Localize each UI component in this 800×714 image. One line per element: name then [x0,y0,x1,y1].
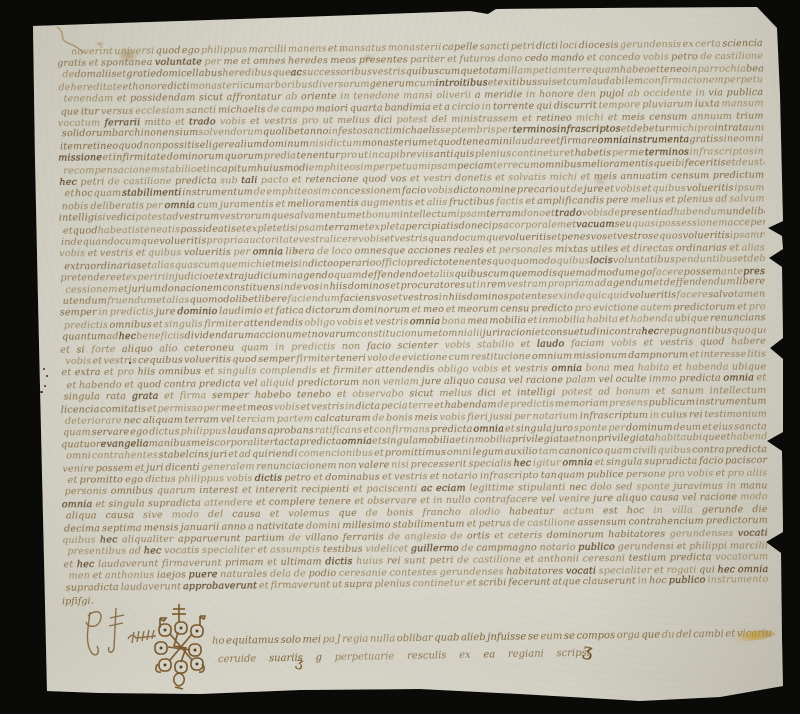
notarial-subscription-line: ceruidesuariisgperpetuarieresculisexeare… [218,648,590,665]
manuscript-text-block: noverintuniversiquodegophilippusmarcilii… [57,39,769,595]
ink-speck [44,385,46,387]
notarial-subscription-line: hoequitamussolomeipaJregianullaoblibarqu… [212,628,772,647]
notarial-signum [148,602,210,692]
parchment-sheet: noverintuniversiquodegophilippusmarcilii… [0,0,800,714]
ink-speck [43,368,45,370]
ink-speck [46,375,48,377]
ink-speck [129,362,131,364]
manuscript-photo: noverintuniversiquodegophilippusmarcilii… [0,0,800,714]
ink-speck [40,391,43,393]
pen-flourish-mark: ʒ [581,639,595,662]
notary-paraph [72,602,156,666]
